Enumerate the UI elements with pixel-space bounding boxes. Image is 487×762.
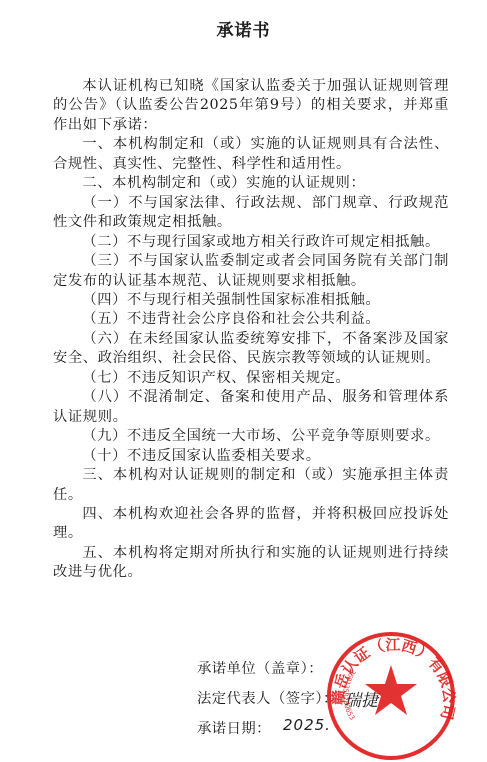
commitment-2-item-6: （六）在未经国家认监委统筹安排下，不备案涉及国家安全、政治组织、社会民俗、民族宗… — [53, 330, 449, 369]
commitment-2-item-9: （九）不违反全国统一大市场、公平竞争等原则要求。 — [53, 427, 449, 446]
commitment-2-item-10: （十）不违反国家认监委相关要求。 — [53, 447, 449, 466]
commitment-5: 五、本机构将定期对所执行和实施的认证规则进行持续改进与优化。 — [53, 544, 449, 583]
commitment-1: 一、本机构制定和（或）实施的认证规则具有合法性、合规性、真实性、完整性、科学性和… — [53, 135, 449, 174]
document-title: 承诺书 — [0, 16, 487, 41]
commitment-date-label: 承诺日期： — [197, 718, 271, 738]
commitment-2-item-3: （三）不与国家认监委制定或者会同国务院有关部门制定发布的认证基本规范、认证规则要… — [53, 252, 449, 291]
commitment-2-item-7: （七）不违反知识产权、保密相关规定。 — [53, 369, 449, 388]
commitment-3: 三、本机构对认证规则的制定和（或）实施承担主体责任。 — [53, 466, 449, 505]
company-seal-icon: 赣岳认证（江西）有限公司 3601250289653 — [322, 627, 460, 762]
commitment-4: 四、本机构欢迎社会各界的监督，并将积极回应投诉处理。 — [53, 505, 449, 544]
document-body: 本认证机构已知晓《国家认监委关于加强认证规则管理的公告》（认监委公告2025年第… — [53, 77, 449, 583]
commitment-2-item-5: （五）不违背社会公序良俗和社会公共利益。 — [53, 310, 449, 329]
commitment-2: 二、本机构制定和（或）实施的认证规则： — [53, 174, 449, 193]
commitment-2-item-8: （八）不混淆制定、备案和使用产品、服务和管理体系认证规则。 — [53, 388, 449, 427]
commitment-2-item-2: （二）不与现行国家或地方相关行政许可规定相抵触。 — [53, 233, 449, 252]
intro-paragraph: 本认证机构已知晓《国家认监委关于加强认证规则管理的公告》（认监委公告2025年第… — [53, 77, 449, 135]
legal-representative-label: 法定代表人（签字）： — [197, 688, 338, 708]
commitment-2-item-1: （一）不与国家法律、行政法规、部门规章、行政规范性文件和政策规定相抵触。 — [53, 194, 449, 233]
commitment-2-item-4: （四）不与现行相关强制性国家标准相抵触。 — [53, 291, 449, 310]
committing-unit-label: 承诺单位（盖章）： — [197, 658, 323, 678]
